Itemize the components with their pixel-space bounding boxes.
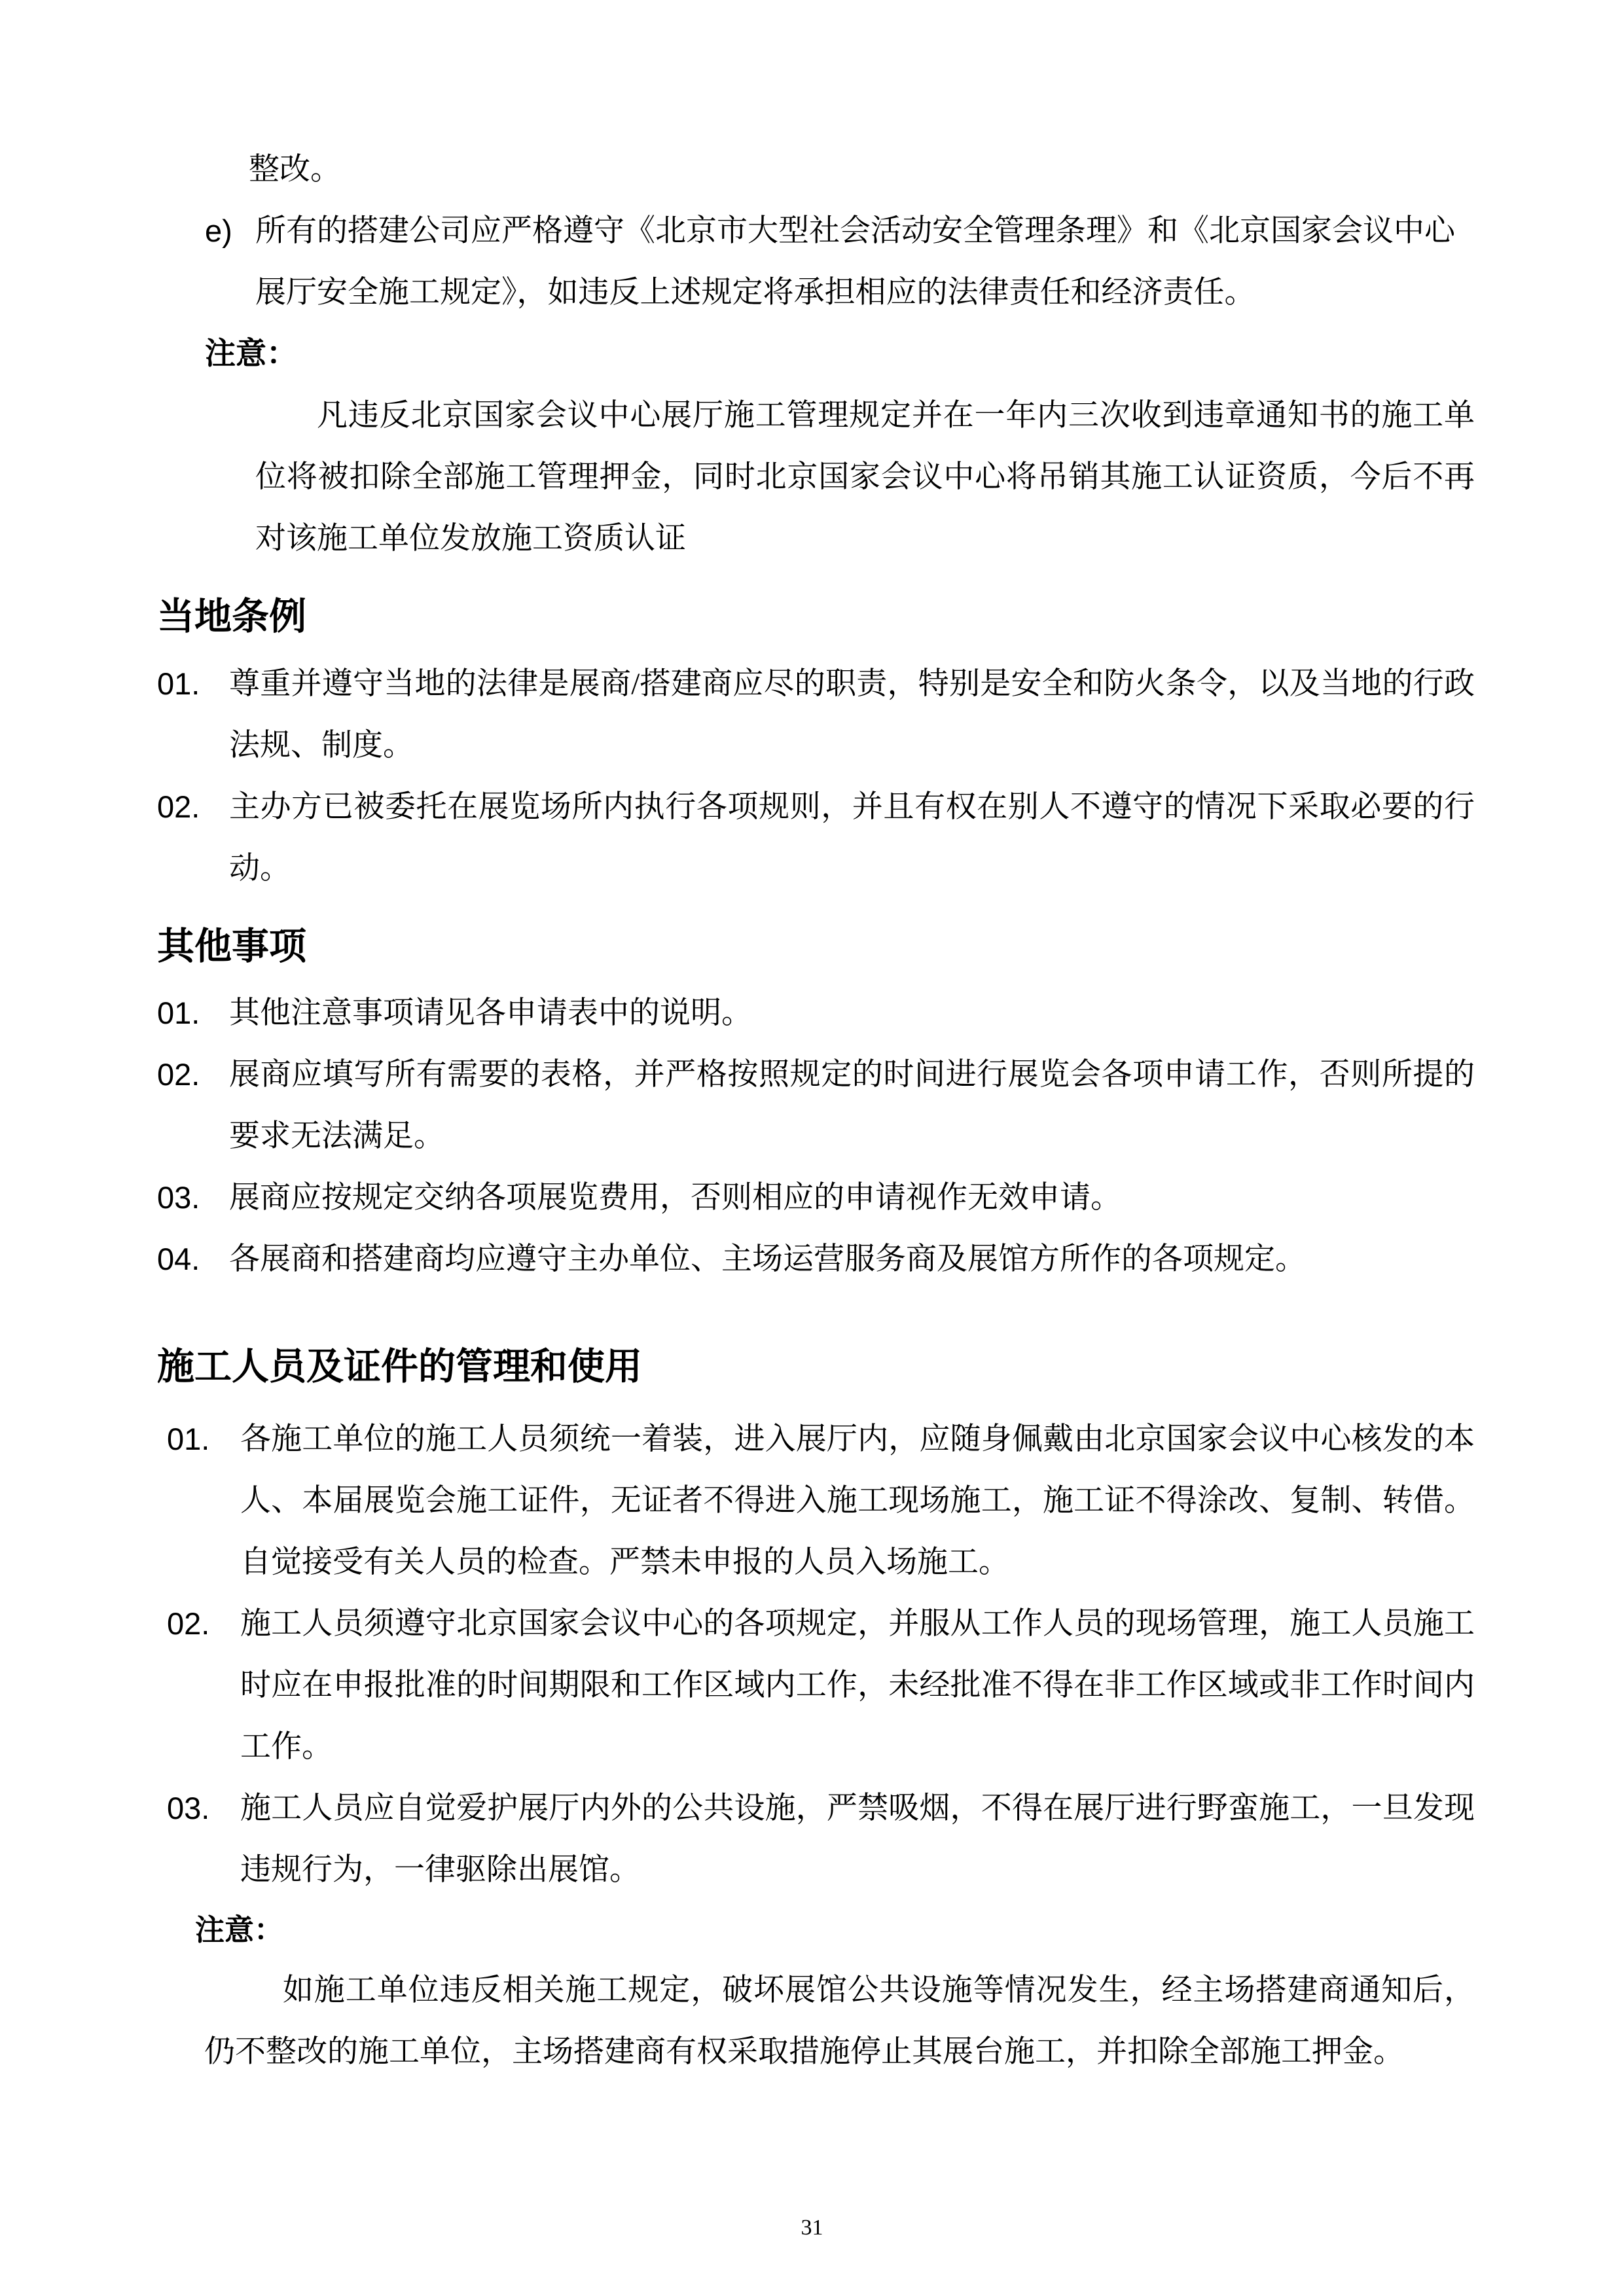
list-item: 01. 其他注意事项请见各申请表中的说明。 [157, 982, 1475, 1044]
list-item: 01. 尊重并遵守当地的法律是展商/搭建商应尽的职责，特别是安全和防火条令，以及… [157, 653, 1475, 776]
list-item-text: 展商应按规定交纳各项展览费用，否则相应的申请视作无效申请。 [229, 1167, 1475, 1229]
list-item-text: 各施工单位的施工人员须统一着装，进入展厅内，应随身佩戴由北京国家会议中心核发的本… [240, 1408, 1475, 1593]
notice-paragraph: 凡违反北京国家会议中心展厅施工管理规定并在一年内三次收到违章通知书的施工单位将被… [255, 385, 1475, 569]
carryover-text: 整改。 [249, 139, 1475, 200]
list-item-text: 展商应填写所有需要的表格，并严格按照规定的时间进行展览会各项申请工作，否则所提的… [229, 1044, 1475, 1167]
list-item: 01. 各施工单位的施工人员须统一着装，进入展厅内，应随身佩戴由北京国家会议中心… [167, 1408, 1475, 1593]
list-item: 03. 展商应按规定交纳各项展览费用，否则相应的申请视作无效申请。 [157, 1167, 1475, 1229]
list-item-text: 施工人员须遵守北京国家会议中心的各项规定，并服从工作人员的现场管理，施工人员施工… [240, 1593, 1475, 1778]
section-title-local-rules: 当地条例 [157, 589, 1475, 645]
list-item-number: 03. [157, 1167, 229, 1229]
list-item-text: 尊重并遵守当地的法律是展商/搭建商应尽的职责，特别是安全和防火条令，以及当地的行… [229, 653, 1475, 776]
list-item-number: 01. [167, 1408, 240, 1593]
page-number: 31 [0, 2215, 1624, 2240]
list-item-e-marker: e) [205, 200, 255, 323]
list-item-number: 01. [157, 982, 229, 1044]
list-item: 02. 施工人员须遵守北京国家会议中心的各项规定，并服从工作人员的现场管理，施工… [167, 1593, 1475, 1778]
list-item: 04. 各展商和搭建商均应遵守主办单位、主场运营服务商及展馆方所作的各项规定。 [157, 1229, 1475, 1290]
list-item-number: 02. [167, 1593, 240, 1778]
list-item: 03. 施工人员应自觉爱护展厅内外的公共设施，严禁吸烟，不得在展厅进行野蛮施工，… [167, 1778, 1475, 1901]
section-title-other-matters: 其他事项 [157, 919, 1475, 975]
list-item-text: 主办方已被委托在展览场所内执行各项规则，并且有权在别人不遵守的情况下采取必要的行… [229, 776, 1475, 899]
list-item: 02. 展商应填写所有需要的表格，并严格按照规定的时间进行展览会各项申请工作，否… [157, 1044, 1475, 1167]
list-item-number: 01. [157, 653, 229, 776]
list-item-number: 02. [157, 776, 229, 899]
notice-label: 注意： [205, 323, 1475, 385]
document-page: 整改。 e) 所有的搭建公司应严格遵守《北京市大型社会活动安全管理条理》和《北京… [0, 0, 1624, 2296]
list-item-e-text: 所有的搭建公司应严格遵守《北京市大型社会活动安全管理条理》和《北京国家会议中心展… [255, 200, 1475, 323]
list-item-e: e) 所有的搭建公司应严格遵守《北京市大型社会活动安全管理条理》和《北京国家会议… [205, 200, 1475, 323]
list-item: 02. 主办方已被委托在展览场所内执行各项规则，并且有权在别人不遵守的情况下采取… [157, 776, 1475, 899]
page-content: 整改。 e) 所有的搭建公司应严格遵守《北京市大型社会活动安全管理条理》和《北京… [0, 0, 1624, 2083]
list-item-number: 04. [157, 1229, 229, 1290]
list-item-number: 02. [157, 1044, 229, 1167]
notice-label: 注意： [195, 1901, 1475, 1960]
list-item-text: 施工人员应自觉爱护展厅内外的公共设施，严禁吸烟，不得在展厅进行野蛮施工，一旦发现… [240, 1778, 1475, 1901]
list-item-number: 03. [167, 1778, 240, 1901]
list-item-text: 其他注意事项请见各申请表中的说明。 [229, 982, 1475, 1044]
notice-paragraph: 如施工单位违反相关施工规定，破坏展馆公共设施等情况发生，经主场搭建商通知后，仍不… [204, 1960, 1475, 2083]
list-item-text: 各展商和搭建商均应遵守主办单位、主场运营服务商及展馆方所作的各项规定。 [229, 1229, 1475, 1290]
section-title-staff-permits: 施工人员及证件的管理和使用 [157, 1339, 1475, 1395]
